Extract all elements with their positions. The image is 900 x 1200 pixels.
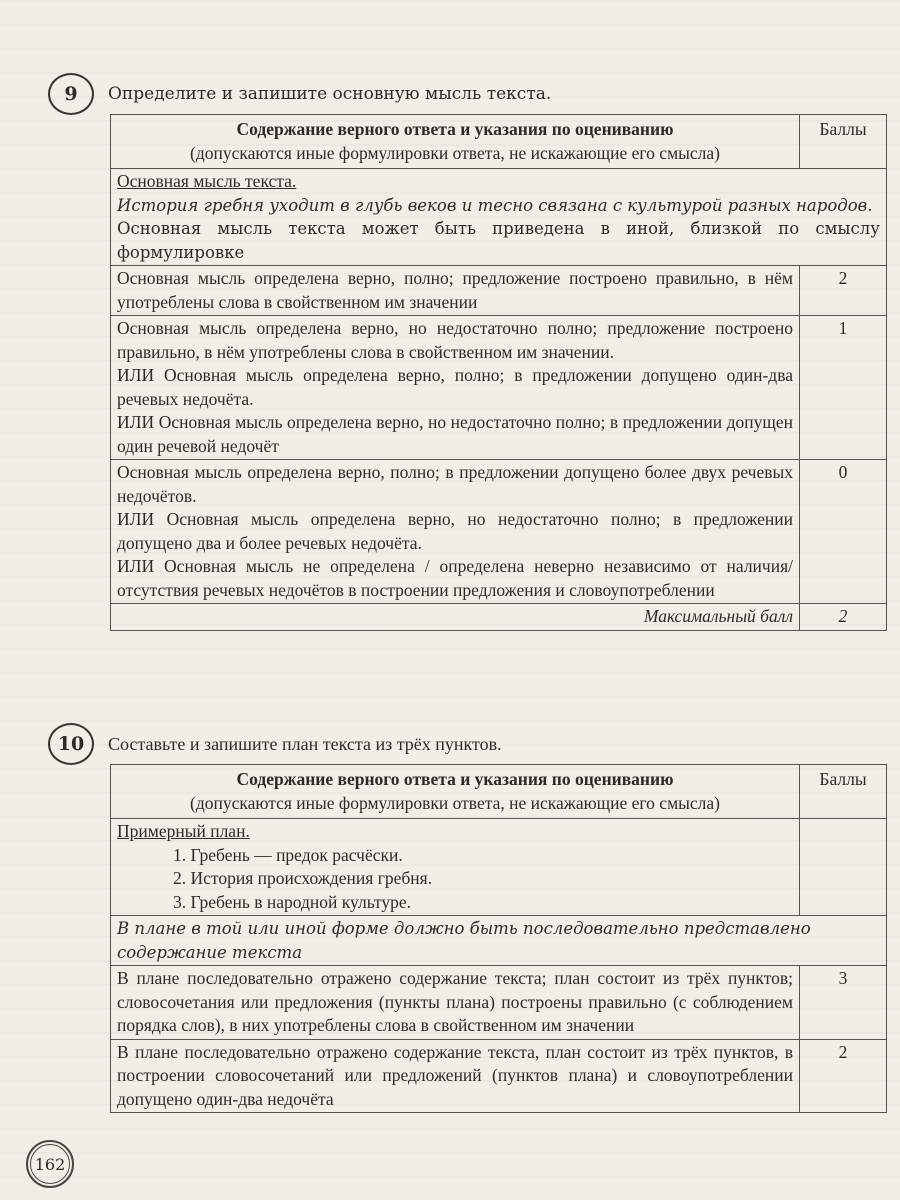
criterion-line: Основная мысль определена верно, но недо… [117,317,793,364]
page: 9 Определите и запишите основную мысль т… [0,0,900,1200]
criterion-line: Основная мысль определена верно, полно; … [117,267,793,314]
page-number: 162 [30,1144,70,1184]
task-9-heading: 9 Определите и запишите основную мысль т… [48,74,878,114]
plan-row: Примерный план. 1. Гребень — предок расч… [111,819,887,916]
table-row: В плане последовательно отражено содержа… [111,1039,887,1113]
criterion-cell: Основная мысль определена верно, полно; … [111,266,800,316]
table-header-row: Содержание верного ответа и указания по … [111,765,887,819]
header-content: Содержание верного ответа и указания по … [111,765,800,819]
criterion-line: ИЛИ Основная мысль определена верно, но … [117,411,793,458]
note-row: В плане в той или иной форме должно быть… [111,916,887,966]
plan-title: Примерный план. [117,820,793,844]
header-main: Содержание верного ответа и указания по … [117,118,793,142]
task-prompt: Составьте и запишите план текста из трёх… [108,734,502,755]
answer-cell: Основная мысль текста. История гребня ух… [111,169,887,266]
task-10: 10 Составьте и запишите план текста из т… [48,724,878,1113]
answer-note: Основная мысль текста может быть приведе… [117,217,880,264]
task-10-heading: 10 Составьте и запишите план текста из т… [48,724,878,764]
answer-row: Основная мысль текста. История гребня ух… [111,169,887,266]
table-row: Основная мысль определена верно, но недо… [111,316,887,460]
header-score: Баллы [800,115,887,169]
header-sub: (допускаются иные формулировки ответа, н… [117,142,793,166]
task-number-badge: 10 [48,723,94,765]
score-cell: 1 [800,316,887,460]
score-cell: 2 [800,1039,887,1113]
task-prompt: Определите и запишите основную мысль тек… [108,84,551,104]
header-main: Содержание верного ответа и указания по … [117,768,793,792]
criterion-cell: Основная мысль определена верно, но недо… [111,316,800,460]
score-cell: 0 [800,460,887,604]
criterion-line: ИЛИ Основная мысль определена верно, пол… [117,364,793,411]
score-cell: 3 [800,966,887,1040]
criterion-line: Основная мысль определена верно, полно; … [117,461,793,508]
table-row: Основная мысль определена верно, полно; … [111,460,887,604]
task-9: 9 Определите и запишите основную мысль т… [48,74,878,631]
table-row: Основная мысль определена верно, полно; … [111,266,887,316]
header-score: Баллы [800,765,887,819]
task-number-badge: 9 [48,73,94,115]
criterion-line: ИЛИ Основная мысль не определена / опред… [117,555,793,602]
table-row: В плане последовательно отражено содержа… [111,966,887,1040]
max-score-label: Максимальный балл [111,604,800,631]
criterion-cell: Основная мысль определена верно, полно; … [111,460,800,604]
plan-cell: Примерный план. 1. Гребень — предок расч… [111,819,800,916]
answer-title: Основная мысль текста. [117,170,880,194]
criterion-cell: В плане последовательно отражено содержа… [111,1039,800,1113]
score-cell-empty [800,819,887,916]
criterion-cell: В плане последовательно отражено содержа… [111,966,800,1040]
grading-table-10: Содержание верного ответа и указания по … [110,764,887,1113]
page-number-badge: 162 [26,1140,74,1188]
max-score-row: Максимальный балл 2 [111,604,887,631]
plan-item: 2. История происхождения гребня. [117,867,793,891]
criterion-line: ИЛИ Основная мысль определена верно, но … [117,508,793,555]
header-sub: (допускаются иные формулировки ответа, н… [117,792,793,816]
plan-note: В плане в той или иной форме должно быть… [111,916,887,966]
answer-text: История гребня уходит в глубь веков и те… [117,194,880,218]
max-score-value: 2 [800,604,887,631]
score-cell: 2 [800,266,887,316]
header-content: Содержание верного ответа и указания по … [111,115,800,169]
table-header-row: Содержание верного ответа и указания по … [111,115,887,169]
grading-table-9: Содержание верного ответа и указания по … [110,114,887,631]
plan-item: 3. Гребень в народной культуре. [117,891,793,915]
plan-item: 1. Гребень — предок расчёски. [117,844,793,868]
